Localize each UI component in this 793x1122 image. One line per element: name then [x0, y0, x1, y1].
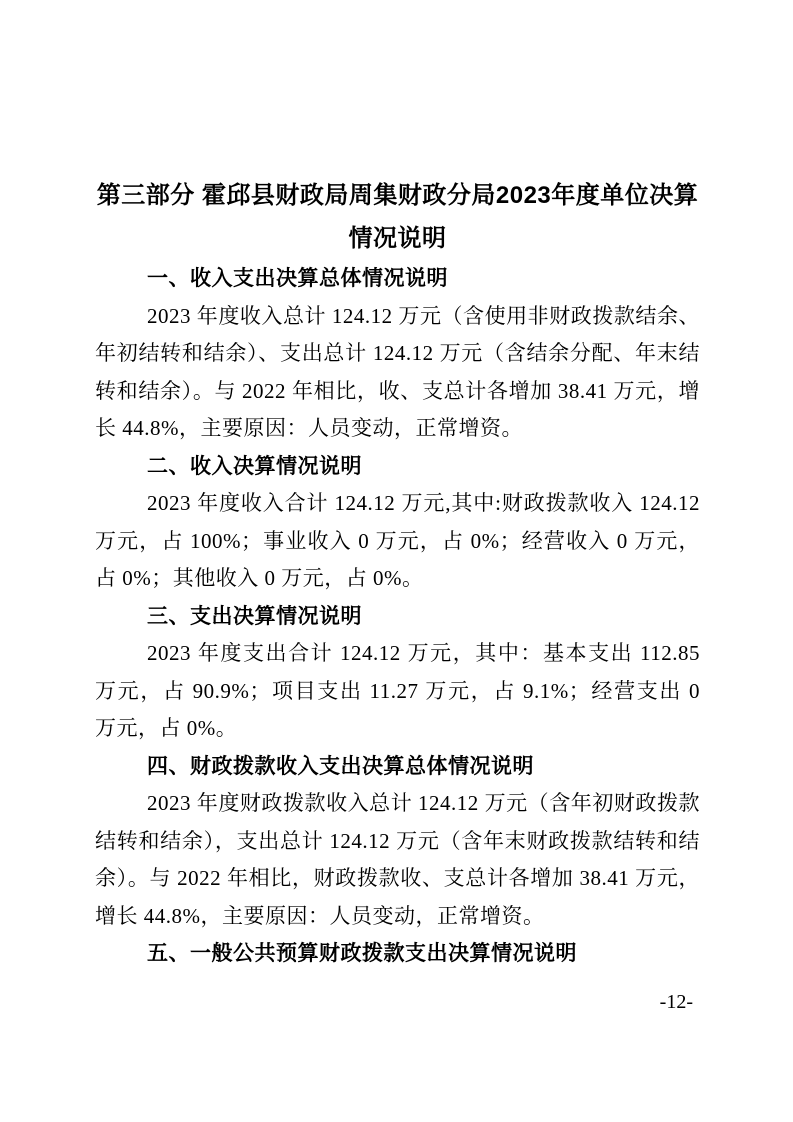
section-1-heading: 一、收入支出决算总体情况说明	[95, 260, 700, 298]
page-number: -12-	[660, 990, 693, 1014]
section-income-expenditure-overview: 一、收入支出决算总体情况说明 2023 年度收入总计 124.12 万元（含使用…	[95, 260, 700, 448]
section-general-public-budget-expenditure: 五、一般公共预算财政拨款支出决算情况说明	[95, 935, 700, 973]
section-5-heading: 五、一般公共预算财政拨款支出决算情况说明	[95, 935, 700, 973]
section-1-paragraph: 2023 年度收入总计 124.12 万元（含使用非财政拨款结余、年初结转和结余…	[95, 298, 700, 448]
section-4-heading: 四、财政拨款收入支出决算总体情况说明	[95, 748, 700, 786]
section-2-heading: 二、收入决算情况说明	[95, 448, 700, 486]
section-income-final-accounts: 二、收入决算情况说明 2023 年度收入合计 124.12 万元,其中:财政拨款…	[95, 448, 700, 598]
section-3-paragraph: 2023 年度支出合计 124.12 万元，其中：基本支出 112.85 万元，…	[95, 635, 700, 748]
document-page: 第三部分 霍邱县财政局周集财政分局2023年度单位决算 情况说明 一、收入支出决…	[0, 0, 793, 1122]
document-content: 第三部分 霍邱县财政局周集财政分局2023年度单位决算 情况说明 一、收入支出决…	[95, 174, 700, 973]
document-title-line1: 第三部分 霍邱县财政局周集财政分局2023年度单位决算	[95, 174, 700, 217]
section-3-heading: 三、支出决算情况说明	[95, 598, 700, 636]
document-title-line2: 情况说明	[95, 217, 700, 260]
section-expenditure-final-accounts: 三、支出决算情况说明 2023 年度支出合计 124.12 万元，其中：基本支出…	[95, 598, 700, 748]
section-4-paragraph: 2023 年度财政拨款收入总计 124.12 万元（含年初财政拨款结转和结余），…	[95, 785, 700, 935]
document-title: 第三部分 霍邱县财政局周集财政分局2023年度单位决算 情况说明	[95, 174, 700, 260]
section-fiscal-appropriation-overview: 四、财政拨款收入支出决算总体情况说明 2023 年度财政拨款收入总计 124.1…	[95, 748, 700, 936]
section-2-paragraph: 2023 年度收入合计 124.12 万元,其中:财政拨款收入 124.12 万…	[95, 485, 700, 598]
